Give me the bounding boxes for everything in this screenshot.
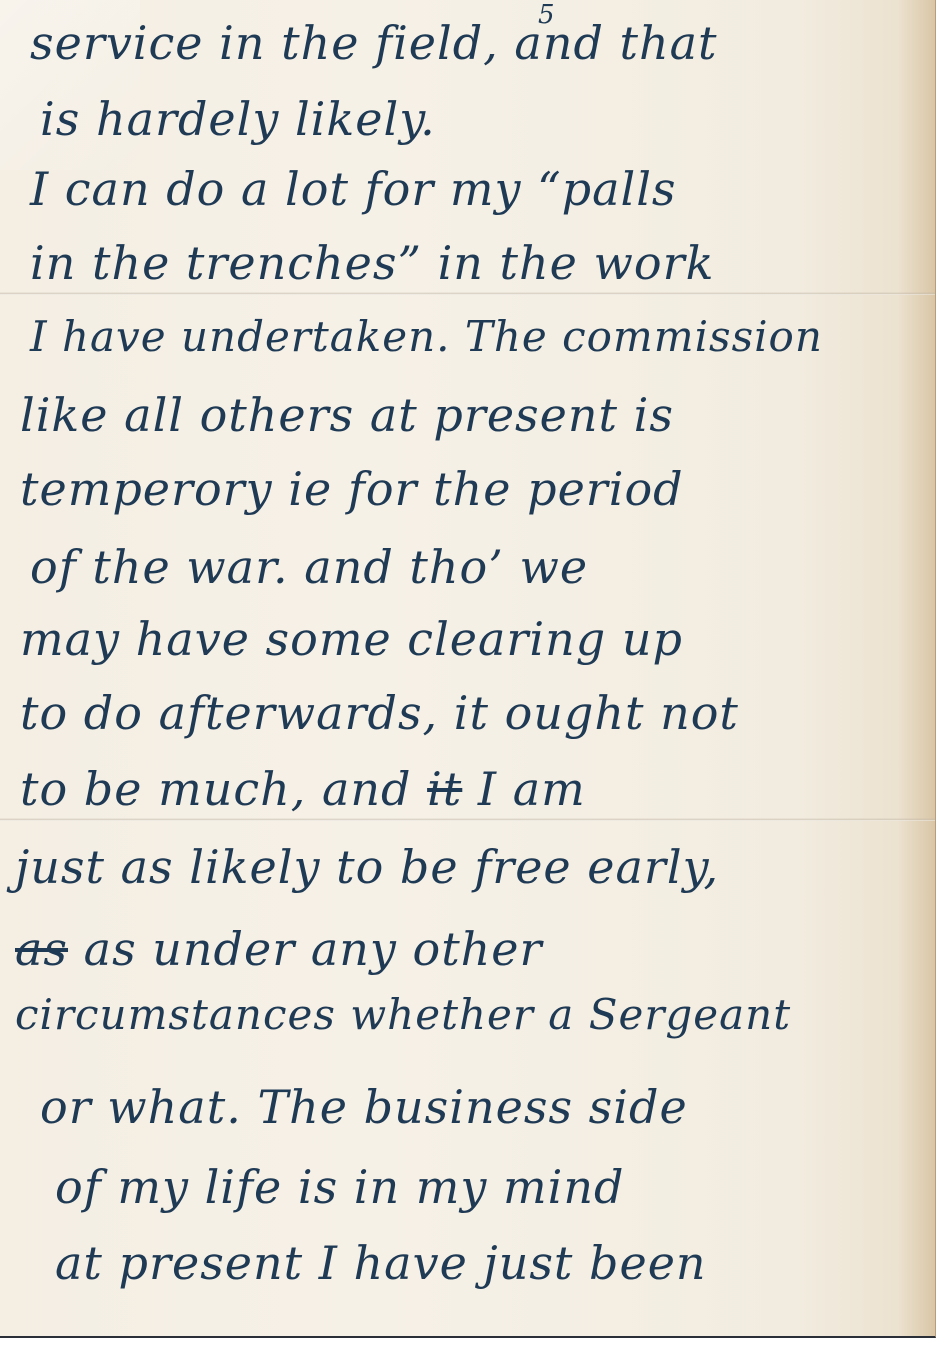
handwritten-line: to be much, and it I am (20, 762, 586, 816)
handwritten-line: of my life is in my mind (55, 1160, 624, 1214)
handwritten-line: at present I have just been (55, 1236, 707, 1290)
handwritten-line: to do afterwards, it ought not (20, 686, 739, 740)
letter-page: 5 service in the field, and that is hard… (0, 0, 936, 1338)
handwritten-line: like all others at present is (20, 388, 674, 442)
handwritten-line: as as under any other (15, 922, 543, 976)
handwritten-line: in the trenches” in the work (30, 236, 714, 290)
handwritten-line: I can do a lot for my “palls (30, 162, 677, 216)
handwritten-line: is hardely likely. (40, 92, 436, 146)
handwritten-line: temperory ie for the period (20, 462, 684, 516)
paper-fold-crease (0, 818, 935, 821)
handwritten-line: of the war. and tho’ we (30, 540, 588, 594)
handwritten-line: I have undertaken. The commission (30, 312, 823, 361)
struck-out-word: as (15, 922, 68, 976)
handwritten-line: circumstances whether a Sergeant (15, 990, 791, 1039)
paper-fold-crease (0, 292, 935, 295)
handwritten-line: may have some clearing up (20, 612, 683, 666)
line-text: as under any other (68, 922, 543, 976)
handwritten-line: or what. The business side (40, 1080, 688, 1134)
struck-out-word: it (427, 762, 462, 816)
line-text: to be much, and (20, 762, 427, 816)
handwritten-line: just as likely to be free early, (15, 840, 719, 894)
line-text: I am (462, 762, 585, 816)
handwritten-line: service in the field, and that (30, 16, 718, 70)
